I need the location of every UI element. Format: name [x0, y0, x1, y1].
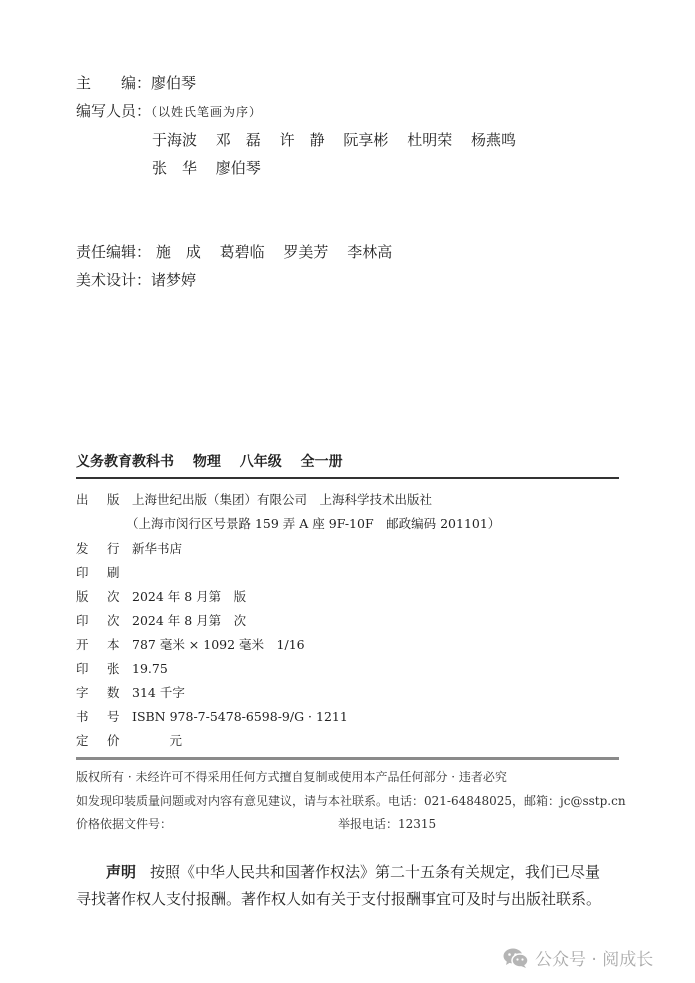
responsible-editors-label: 责任编辑 — [76, 243, 136, 261]
editor-name: 施 成 — [156, 243, 201, 261]
writer-name: 阮享彬 — [343, 131, 388, 149]
isbn-value: ISBN 978-7-5478-6598-9/G · 1211 — [132, 709, 348, 724]
cip-key-char: 号 — [107, 709, 120, 724]
cip-key-char: 印 — [76, 565, 89, 580]
cip-value: 314 千字 — [132, 685, 185, 700]
publisher-address: （上海市闵行区号景路 159 弄 A 座 9F-10F 邮政编码 201101） — [126, 516, 500, 531]
editor-name: 葛碧临 — [220, 243, 265, 261]
wechat-icon — [503, 948, 529, 968]
writer-name: 杜明荣 — [407, 131, 452, 149]
book-grade: 八年级 — [240, 454, 282, 470]
writer-name: 于海波 — [152, 131, 197, 149]
cip-row-impression: 印次 2024 年 8 月第 次 — [76, 613, 619, 628]
cip-key-char: 字 — [76, 685, 89, 700]
book-volume: 全一册 — [301, 454, 343, 470]
writer-name: 邓 磊 — [216, 131, 261, 149]
book-series: 义务教育教科书 — [76, 454, 174, 470]
chief-editor-label: 主 编 — [76, 74, 136, 92]
colon: ： — [136, 271, 151, 289]
cip-row-publisher: 出版 上海世纪出版（集团）有限公司 上海科学技术出版社 — [76, 492, 619, 507]
editor-name: 李林高 — [347, 243, 392, 261]
wechat-watermark: 公众号 · 阅成长 — [503, 945, 653, 970]
cip-value: 上海世纪出版（集团）有限公司 上海科学技术出版社 — [132, 492, 432, 507]
cip-value: 2024 年 8 月第 版 — [132, 589, 246, 604]
cip-row-word-count: 字数 314 千字 — [76, 685, 619, 700]
cip-key-char: 张 — [107, 661, 120, 676]
statement-text: 按照《中华人民共和国著作权法》第二十五条有关规定，我们已尽量 — [150, 863, 600, 881]
cip-key-char: 刷 — [107, 565, 120, 580]
copyright-notice: 版权所有 · 未经许可不得采用任何方式擅自复制或使用本产品任何部分 · 违者必究 — [76, 770, 507, 784]
colon: ： — [136, 243, 151, 261]
writers-names-line-1: 于海波 邓 磊 许 静 阮享彬 杜明荣 杨燕鸣 — [152, 131, 530, 149]
chief-editor-row: 主 编：廖伯琴 — [76, 74, 196, 92]
art-designer-name: 诸梦婷 — [151, 271, 196, 289]
cip-key-char: 开 — [76, 637, 89, 652]
cip-key-char: 定 — [76, 733, 89, 748]
writer-name: 张 华 — [152, 159, 197, 177]
art-design-label: 美术设计 — [76, 271, 136, 289]
cip-value: 19.75 — [132, 661, 168, 676]
cip-value: 787 毫米 × 1092 毫米 1/16 — [132, 637, 305, 652]
writers-order-note: （以姓氏笔画为序） — [151, 105, 262, 119]
colon: ： — [136, 74, 151, 92]
cip-row-isbn: 书号 ISBN 978-7-5478-6598-9/G · 1211 — [76, 709, 619, 724]
cip-key-char: 书 — [76, 709, 89, 724]
writer-name: 杨燕鸣 — [471, 131, 516, 149]
statement-title: 声明 — [106, 863, 136, 881]
writer-name: 许 静 — [280, 131, 325, 149]
cip-key-char: 发 — [76, 541, 89, 556]
divider-top — [76, 477, 619, 479]
cip-key-char: 本 — [107, 637, 120, 652]
book-title: 义务教育教科书 物理 八年级 全一册 — [76, 451, 357, 471]
cip-key-char: 价 — [107, 733, 120, 748]
cip-key-char: 数 — [107, 685, 120, 700]
cip-row-format: 开本 787 毫米 × 1092 毫米 1/16 — [76, 637, 619, 652]
editor-name: 罗美芳 — [283, 243, 328, 261]
cip-row-distributor: 发行 新华书店 — [76, 541, 619, 556]
cip-value: 新华书店 — [132, 541, 182, 556]
cip-row-sheets: 印张 19.75 — [76, 661, 619, 676]
contact-notice: 如发现印装质量问题或对内容有意见建议，请与本社联系。电话：021-6484802… — [76, 794, 626, 808]
cip-key-char: 次 — [107, 613, 120, 628]
statement-line-2: 寻找著作权人支付报酬。著作权人如有关于支付报酬事宜可及时与出版社联系。 — [76, 890, 601, 908]
cip-row-price: 定价 元 — [76, 733, 619, 748]
cip-key-char: 出 — [76, 492, 89, 507]
responsible-editors-row: 责任编辑： 施 成 葛碧临 罗美芳 李林高 — [76, 243, 406, 261]
cip-key-char: 行 — [107, 541, 120, 556]
writers-names-line-2: 张 华 廖伯琴 — [152, 159, 275, 177]
cip-key-char: 印 — [76, 613, 89, 628]
statement-line-1: 声明按照《中华人民共和国著作权法》第二十五条有关规定，我们已尽量 — [106, 863, 600, 881]
writer-name: 廖伯琴 — [216, 159, 261, 177]
cip-row-address: （上海市闵行区号景路 159 弄 A 座 9F-10F 邮政编码 201101） — [76, 516, 619, 531]
writers-label: 编写人员 — [76, 102, 136, 120]
chief-editor-name: 廖伯琴 — [151, 74, 196, 92]
divider-bottom — [76, 757, 619, 760]
price-value: 元 — [132, 733, 182, 748]
price-basis-label: 价格依据文件号： — [76, 817, 172, 831]
cip-key-char: 印 — [76, 661, 89, 676]
cip-value: 2024 年 8 月第 次 — [132, 613, 246, 628]
cip-key-char: 版 — [107, 492, 120, 507]
art-design-row: 美术设计：诸梦婷 — [76, 271, 196, 289]
cip-key-char: 版 — [76, 589, 89, 604]
writers-row: 编写人员：（以姓氏笔画为序） — [76, 102, 262, 121]
cip-row-printer: 印刷 — [76, 565, 619, 580]
colon: ： — [136, 102, 151, 120]
watermark-text: 公众号 · 阅成长 — [535, 945, 653, 970]
cip-key-char: 次 — [107, 589, 120, 604]
cip-row-edition: 版次 2024 年 8 月第 版 — [76, 589, 619, 604]
report-phone: 举报电话：12315 — [338, 817, 436, 831]
book-subject: 物理 — [193, 454, 221, 470]
